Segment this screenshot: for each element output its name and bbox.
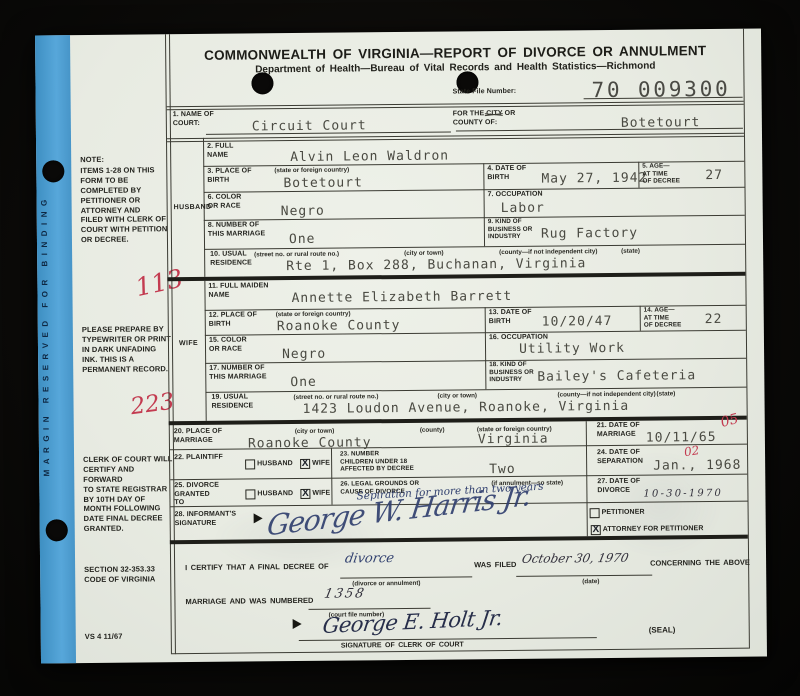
field-20-state-value: Virginia [478, 432, 549, 448]
field-23-value: Two [489, 462, 516, 477]
hole-punch-top-left [251, 72, 273, 94]
field-10-hint-city: (city or town) [404, 250, 444, 258]
margin-section-note: SECTION 32-353.33 CODE OF VIRGINIA [84, 564, 176, 585]
margin-note-body: ITEMS 1-28 ON THIS FORM TO BE COMPLETED … [80, 165, 173, 245]
clerk-signature-underline [299, 637, 597, 641]
clerk-signature-caption: SIGNATURE OF CLERK OF COURT [341, 641, 464, 649]
field-9-value: Rug Factory [541, 226, 638, 242]
field-8-value: One [289, 232, 316, 247]
field-1-value: Circuit Court [252, 118, 367, 134]
margin-note-heading: NOTE: [80, 154, 172, 165]
granted-wife-label: WIFE [312, 490, 330, 499]
field-22-label: 22. PLAINTIFF [174, 454, 223, 463]
plaintiff-husband-checkbox [245, 459, 255, 469]
for-label-city-struck: CITY [486, 110, 502, 119]
field-6-value: Negro [281, 204, 325, 219]
filed-date-hint: (date) [582, 578, 599, 586]
state-file-number: 70 009300 [591, 77, 730, 102]
form-right-border [743, 29, 750, 649]
col-divider [485, 307, 487, 389]
red-annotation-separation: 02 [683, 443, 700, 459]
petitioner-label: PETITIONER [602, 509, 645, 518]
field-24-value: Jan., 1968 [653, 458, 741, 474]
filed-date-value: October 30, 1970 [521, 551, 630, 566]
field-7-value: Labor [501, 201, 545, 216]
certify-line2-pre: MARRIAGE AND WAS NUMBERED [185, 596, 313, 606]
field-21-label: 21. DATE OF MARRIAGE [597, 422, 640, 439]
field-3-value: Botetourt [283, 175, 363, 191]
field-7-label: 7. OCCUPATION [488, 191, 543, 200]
field-19-hint-state: (state) [656, 390, 675, 398]
field-4-value: May 27, 1942 [541, 171, 647, 187]
rule-h [204, 244, 745, 250]
was-filed-label: WAS FILED [474, 560, 516, 569]
rule-double [167, 101, 744, 111]
field-10-value: Rte 1, Box 288, Buchanan, Virginia [286, 256, 586, 274]
for-label-text: OR [505, 110, 516, 117]
field-12-label: 12. PLACE OF BIRTH [209, 311, 257, 329]
red-stamp-husband: 113 [133, 263, 186, 302]
col-divider [331, 448, 333, 505]
county-value: Botetourt [621, 115, 701, 131]
form-paper: MARGIN RESERVED FOR BINDING NOTE: ITEMS … [35, 29, 767, 664]
field-17-label: 17. NUMBER OF THIS MARRIAGE [209, 364, 266, 382]
granted-wife-checkbox: X [300, 489, 310, 499]
certify-line1-post: CONCERNING THE ABOVE [650, 558, 750, 568]
field-10-hint-street: (street no. or rural route no.) [254, 251, 339, 259]
wife-column-divider [204, 281, 206, 421]
field-6-label: 6. COLOR OR RACE [208, 194, 242, 211]
granted-husband-checkbox [245, 489, 255, 499]
rule-heavy [169, 416, 747, 426]
field-13-value: 10/20/47 [542, 314, 613, 330]
field-3-label: 3. PLACE OF BIRTH [207, 167, 251, 184]
field-23-label: 23. NUMBER CHILDREN UNDER 18 AFFECTED BY… [340, 450, 414, 474]
field-5-value: 27 [705, 168, 723, 183]
col-divider [640, 306, 641, 331]
for-county-label: FOR THE CITY OR [453, 110, 516, 119]
field-25-label: 25. DIVORCE GRANTED TO [174, 482, 219, 508]
field-27-value: 10-30-1970 [643, 488, 723, 500]
for-label-text: FOR THE [453, 110, 484, 117]
hole-punch-left-lower [46, 519, 68, 541]
red-annotation-marriage: 05 [719, 411, 740, 431]
field-20-value: Roanoke County [248, 435, 372, 451]
granted-husband-label: HUSBAND [257, 490, 293, 499]
arrow-icon [254, 513, 263, 523]
field-19-value: 1423 Loudon Avenue, Roanoke, Virginia [303, 399, 630, 417]
field-20-label: 20. PLACE OF MARRIAGE [174, 428, 222, 446]
field-4-label: 4. DATE OF BIRTH [487, 165, 526, 182]
field-17-value: One [290, 375, 317, 390]
field-1-label: 1. NAME OF COURT: [173, 111, 214, 128]
field-21-value: 10/11/65 [646, 430, 717, 446]
field-24-label: 24. DATE OF SEPARATION [597, 449, 643, 467]
field-2-value: Alvin Leon Waldron [290, 149, 449, 166]
file-number-label: State File Number: [453, 88, 517, 97]
field-19-label: 19. USUAL RESIDENCE [211, 393, 253, 410]
field-20-hint-city: (city or town) [295, 428, 335, 436]
field-19-hint-street: (street no. or rural route no.) [293, 393, 378, 401]
plaintiff-wife-checkbox: X [300, 459, 310, 469]
petitioner-checkbox [590, 508, 600, 518]
plaintiff-wife-label: WIFE [312, 460, 330, 469]
field-12-value: Roanoke County [277, 318, 401, 334]
field-14-label: 14. AGE— AT TIME OF DECREE [644, 306, 682, 329]
seal-label: (SEAL) [649, 625, 676, 634]
field-10-hint-state: (state) [621, 248, 640, 256]
rule-heavy [167, 272, 745, 282]
form-code: VS 4 11/67 [85, 631, 177, 642]
attorney-checkbox: X [591, 525, 601, 535]
field-13-label: 13. DATE OF BIRTH [489, 309, 532, 326]
field-9-label: 9. KIND OF BUSINESS OR INDUSTRY [488, 218, 533, 241]
field-18-value: Bailey's Cafeteria [537, 368, 696, 385]
form-bottom-border [172, 648, 749, 655]
margin-prepare-note: PLEASE PREPARE BY TYPEWRITER OR PRINT IN… [82, 324, 174, 374]
field-15-value: Negro [282, 347, 326, 362]
field-19-hint-city: (city or town) [437, 392, 477, 400]
decree-type-underline [340, 576, 472, 578]
col-divider [586, 421, 588, 536]
wife-section-label: WIFE [179, 340, 198, 349]
field-2-label: 2. FULL NAME [207, 143, 234, 160]
attorney-label: ATTORNEY FOR PETITIONER [603, 525, 704, 534]
field-18-label: 18. KIND OF BUSINESS OR INDUSTRY [489, 361, 534, 384]
husband-section-label: HUSBAND [174, 204, 212, 213]
field-11-value: Annette Elizabeth Barrett [291, 289, 512, 306]
court-file-number-value: 1358 [323, 586, 367, 601]
field-20-hint-county: (county) [420, 427, 445, 435]
field-28-label: 28. INFORMANT'S SIGNATURE [175, 511, 237, 529]
field-27-label: 27. DATE OF DIVORCE [597, 478, 640, 495]
field-8-label: 8. NUMBER OF THIS MARRIAGE [208, 221, 265, 239]
for-county-label-line2: COUNTY OF: [453, 119, 498, 128]
arrow-icon [293, 619, 302, 629]
certify-line1-pre: I CERTIFY THAT A FINAL DECREE OF [185, 562, 329, 572]
field-19-hint-county: (county—if not independent city) [557, 391, 655, 399]
col-divider [483, 163, 485, 246]
filed-date-underline [516, 575, 652, 577]
margin-clerk-note: CLERK OF COURT WILL CERTIFY AND FORWARD … [83, 454, 176, 534]
hole-punch-left-upper [42, 160, 64, 182]
field-14-value: 22 [705, 312, 723, 327]
field-16-value: Utility Work [519, 341, 625, 357]
field-12-hint: (state or foreign country) [276, 310, 351, 318]
field-10-label: 10. USUAL RESIDENCE [210, 250, 252, 267]
field-5-label: 5. AGE— AT TIME OF DECREE [642, 162, 680, 185]
binding-margin-label: MARGIN RESERVED FOR BINDING [39, 135, 71, 535]
field-15-label: 15. COLOR OR RACE [209, 336, 247, 353]
decree-type-value: divorce [344, 551, 395, 566]
plaintiff-husband-label: HUSBAND [257, 460, 293, 469]
field-3-hint: (state or foreign country) [274, 166, 349, 174]
field-11-label: 11. FULL MAIDEN NAME [208, 282, 268, 300]
